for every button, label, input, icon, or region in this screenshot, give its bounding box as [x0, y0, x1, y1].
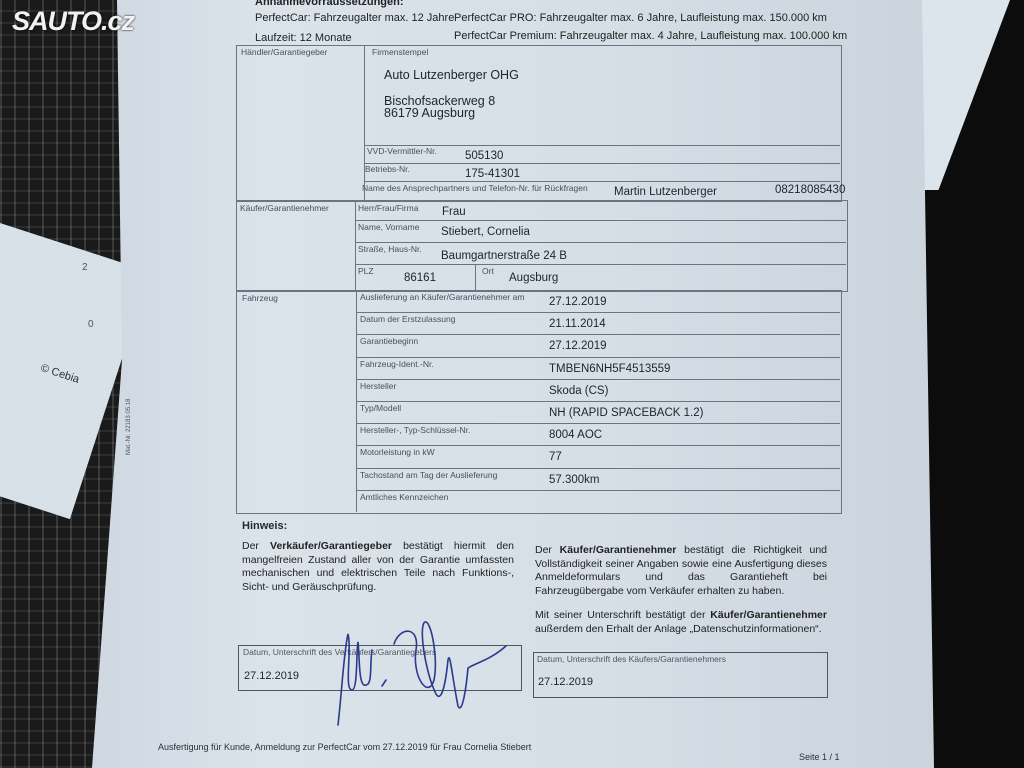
vehicle-field-value: NH (RAPID SPACEBACK 1.2) [549, 407, 703, 419]
plz-label: PLZ [358, 266, 374, 276]
stamp-label: Firmenstempel [372, 47, 428, 57]
seller-declaration: Der Verkäufer/Garantiegeber bestätigt hi… [242, 540, 514, 594]
vehicle-field-label: Hersteller-, Typ-Schlüssel-Nr. [360, 425, 470, 435]
buyer-section-label: Käufer/Garantienehmer [240, 203, 329, 213]
sauto-logo: SAUTO.cz [12, 6, 134, 37]
vehicle-field-value: 21.11.2014 [549, 318, 606, 330]
vehicle-field-label: Datum der Erstzulassung [360, 314, 455, 324]
divider [355, 264, 846, 265]
name-value: Stiebert, Cornelia [441, 226, 530, 238]
vehicle-section-label: Fahrzeug [242, 293, 278, 303]
divider [356, 312, 840, 313]
divider [364, 163, 840, 164]
vehicle-field-value: Skoda (CS) [549, 385, 608, 397]
divider [356, 490, 840, 491]
betrieb-value: 175-41301 [465, 168, 520, 180]
buyer-declaration: Der Käufer/Garantienehmer bestätigt die … [535, 544, 827, 598]
divider [356, 468, 840, 469]
heading: Annahmevorraussetzungen: [255, 0, 404, 8]
divider [364, 45, 365, 200]
dealer-company: Auto Lutzenberger OHG [384, 68, 519, 82]
divider [356, 423, 840, 424]
text: Mit seiner Unterschrift bestätigt der [535, 609, 710, 621]
divider [356, 401, 840, 402]
vehicle-field-value: 27.12.2019 [549, 340, 607, 352]
divider [475, 264, 476, 290]
condition-perfectcar: PerfectCar: Fahrzeugalter max. 12 Jahre [255, 12, 454, 24]
edge-char: 2 [82, 262, 88, 273]
salutation-label: Herr/Frau/Firma [358, 203, 418, 213]
vvd-value: 505130 [465, 150, 503, 162]
vehicle-field-label: Auslieferung an Käufer/Garantienehmer am [360, 292, 524, 302]
street-value: Baumgartnerstraße 24 B [441, 250, 567, 262]
divider [364, 181, 840, 182]
text: Der [242, 540, 270, 552]
vehicle-section [236, 290, 842, 514]
ort-value: Augsburg [509, 272, 558, 284]
dealer-section [236, 45, 842, 202]
condition-premium: PerfectCar Premium: Fahrzeugalter max. 4… [454, 30, 847, 42]
text: außerdem den Erhalt der Anlage „Datensch… [535, 623, 822, 635]
vehicle-field-label: Motorleistung in kW [360, 447, 435, 457]
footer-text: Ausfertigung für Kunde, Anmeldung zur Pe… [158, 742, 531, 752]
name-label: Name, Vorname [358, 222, 419, 232]
page-number: Seite 1 / 1 [799, 752, 840, 762]
salutation-value: Frau [442, 206, 466, 218]
vehicle-field-label: Garantiebeginn [360, 336, 418, 346]
text-bold: Käufer/Garantienehmer [560, 544, 677, 556]
betrieb-label: Betriebs-Nr. [365, 164, 410, 174]
contact-label: Name des Ansprechpartners und Telefon-Nr… [362, 183, 588, 193]
vvd-label: VVD-Vermittler-Nr. [367, 146, 437, 156]
text: Der [535, 544, 560, 556]
seller-signature-date: 27.12.2019 [244, 670, 299, 682]
vehicle-field-label: Fahrzeug-Ident.-Nr. [360, 359, 434, 369]
vehicle-field-label: Hersteller [360, 381, 396, 391]
laufzeit: Laufzeit: 12 Monate [255, 32, 352, 44]
vehicle-field-value: 77 [549, 451, 562, 463]
vehicle-field-value: 27.12.2019 [549, 296, 607, 308]
ort-label: Ort [482, 266, 494, 276]
edge-char: 0 [88, 319, 94, 330]
buyer-signature-label: Datum, Unterschrift des Käufers/Garantie… [537, 654, 726, 664]
vehicle-field-value: 57.300km [549, 474, 600, 486]
text-bold: Verkäufer/Garantiegeber [270, 540, 392, 552]
dealer-section-label: Händler/Garantiegeber [241, 47, 327, 57]
condition-pro: PerfectCar PRO: Fahrzeugalter max. 6 Jah… [454, 12, 827, 24]
divider [355, 220, 846, 221]
divider [356, 379, 840, 380]
text-bold: Käufer/Garantienehmer [710, 609, 827, 621]
divider [356, 445, 840, 446]
contact-phone: 08218085430 [775, 184, 845, 196]
contact-name: Martin Lutzenberger [614, 186, 717, 198]
divider [356, 357, 840, 358]
divider [356, 334, 840, 335]
handwritten-signature [330, 620, 510, 730]
dealer-city: 86179 Augsburg [384, 106, 475, 120]
vehicle-field-label: Typ/Modell [360, 403, 401, 413]
vehicle-field-value: 8004 AOC [549, 429, 602, 441]
vehicle-field-value: TMBEN6NH5F4513559 [549, 363, 670, 375]
vehicle-field-label: Tachostand am Tag der Auslieferung [360, 470, 497, 480]
plz-value: 86161 [404, 272, 436, 284]
buyer-privacy-declaration: Mit seiner Unterschrift bestätigt der Kä… [535, 609, 827, 636]
buyer-signature-date: 27.12.2019 [538, 676, 593, 688]
street-label: Straße, Haus-Nr. [358, 244, 422, 254]
vehicle-field-label: Amtliches Kennzeichen [360, 492, 448, 502]
divider [355, 200, 356, 290]
divider [355, 242, 846, 243]
hinweis-title: Hinweis: [242, 520, 287, 532]
material-number: Mat.-Nr. 22183 05.18 [126, 399, 132, 455]
